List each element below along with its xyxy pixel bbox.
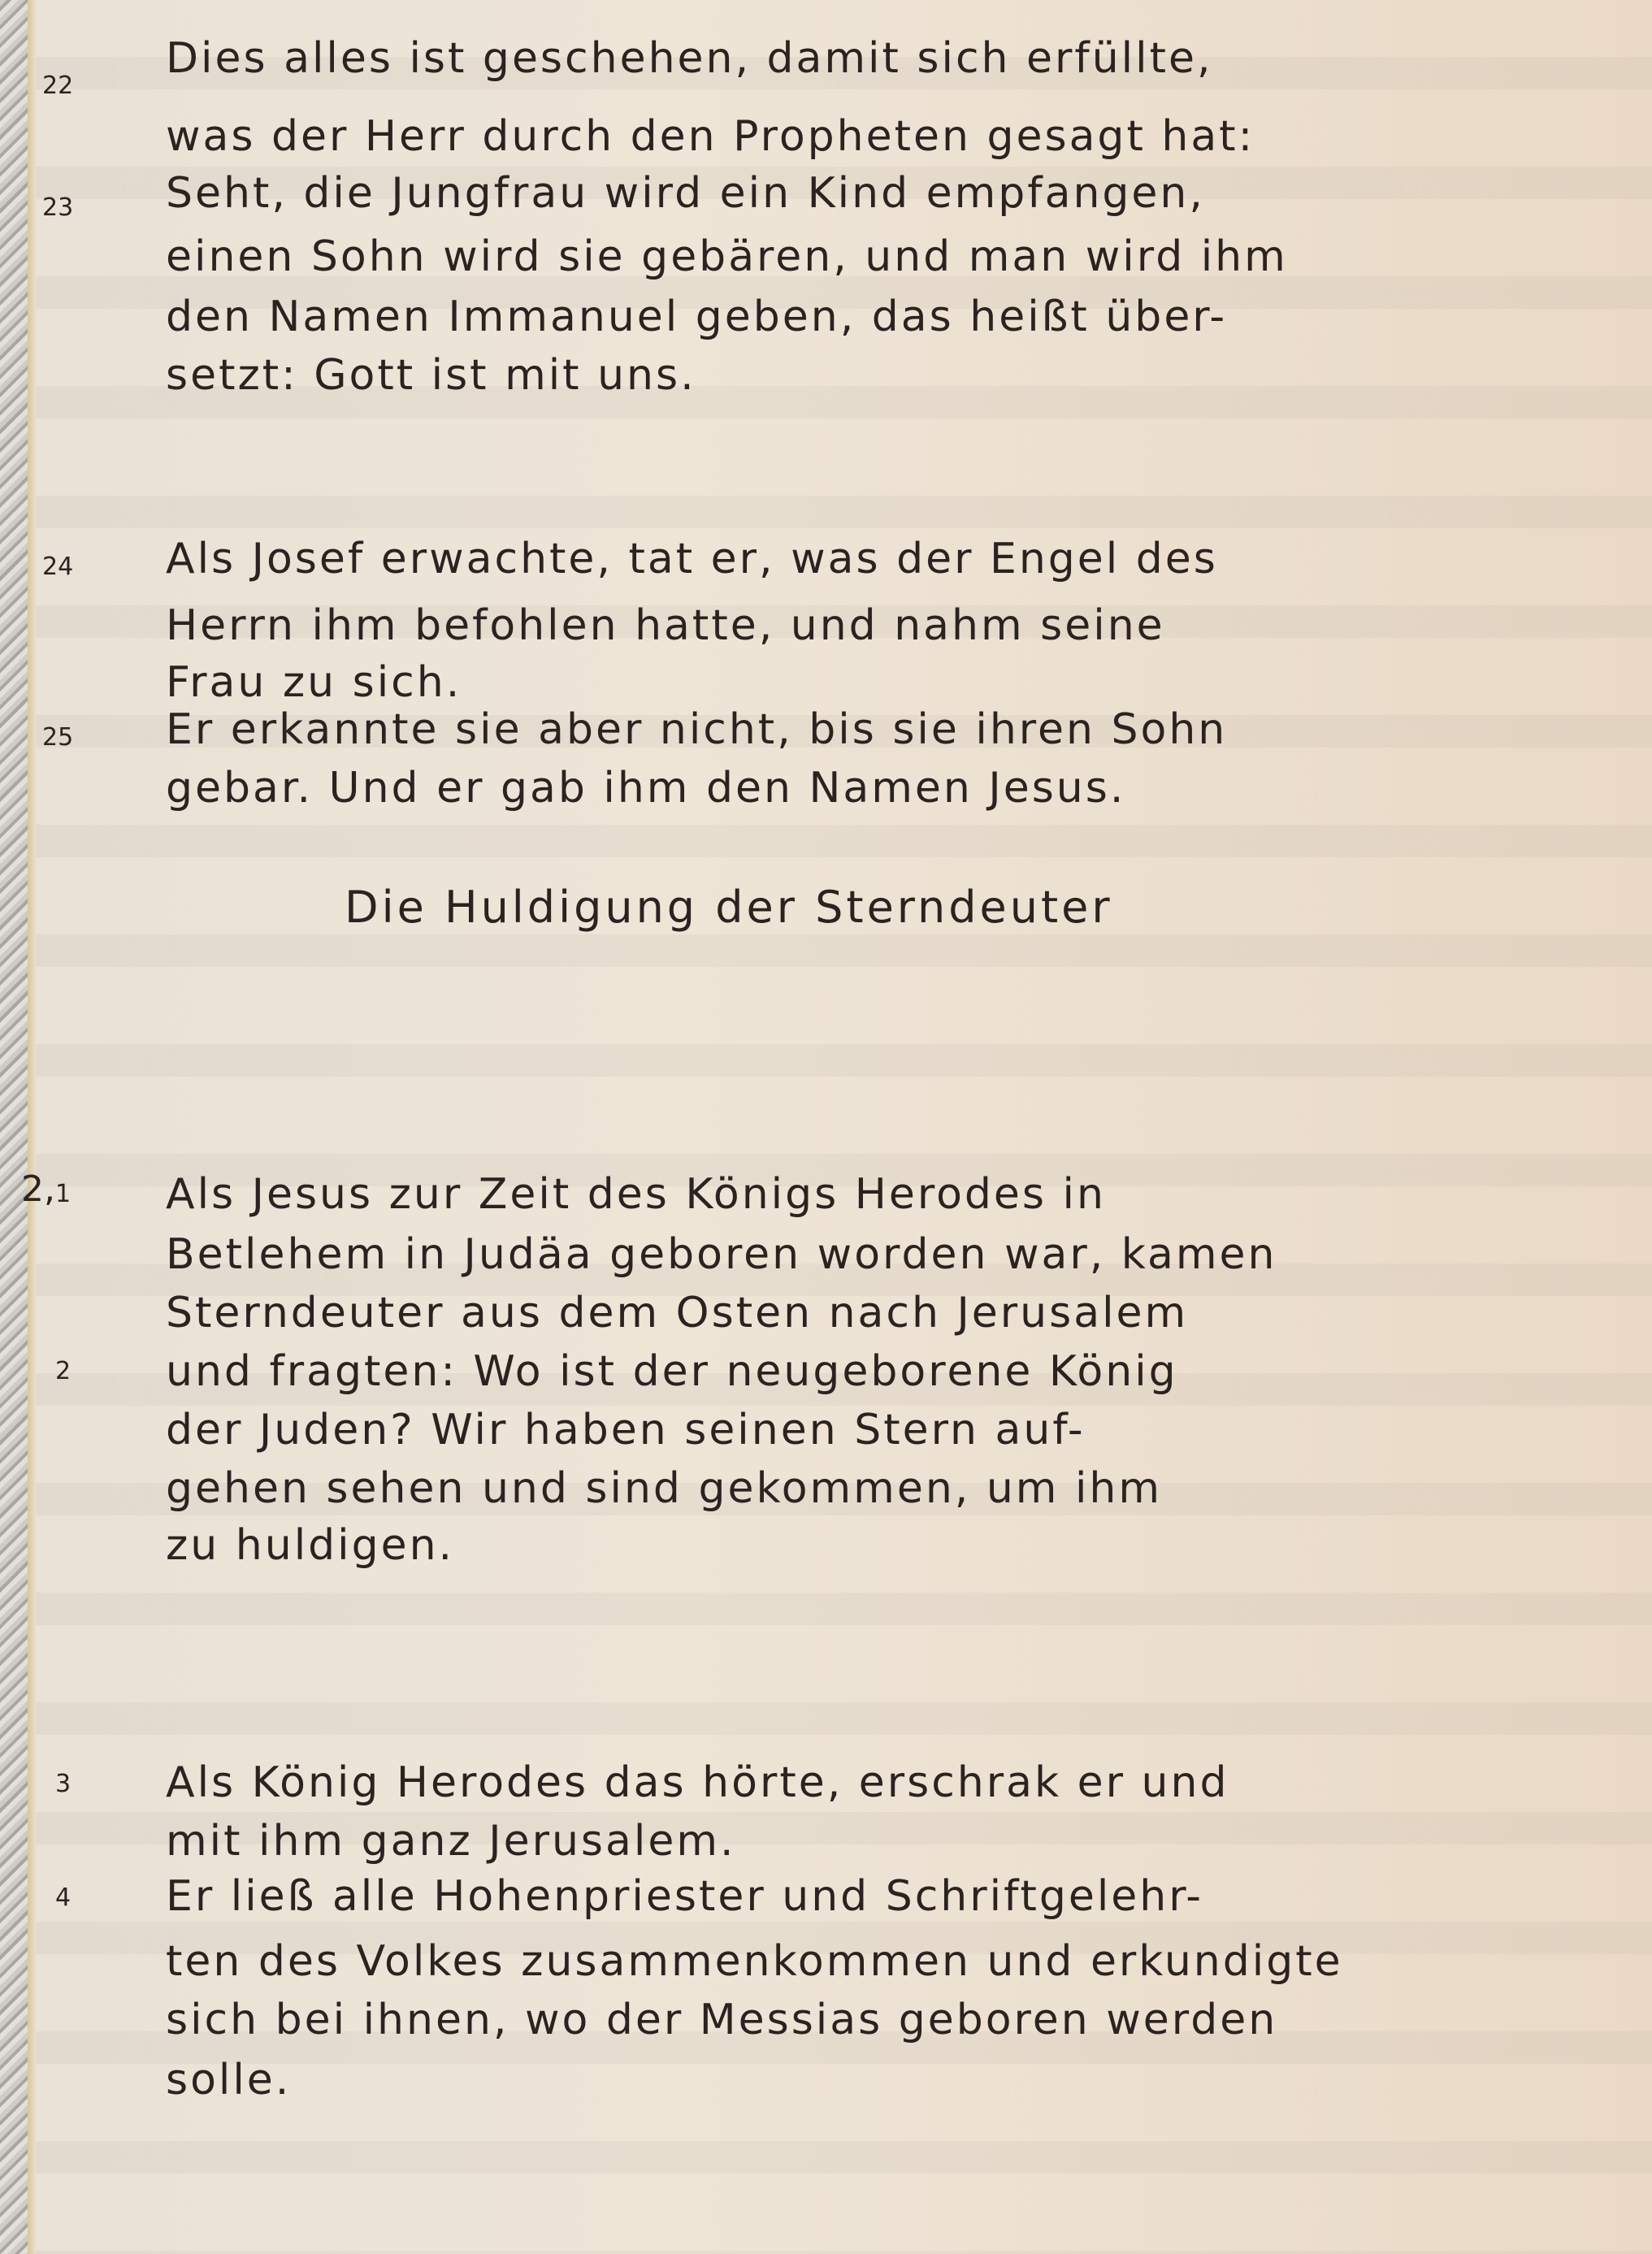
- page-edge: [28, 0, 36, 2254]
- text-line: Als König Herodes das hörte, erschrak er…: [166, 1758, 1229, 1807]
- verse-number: 24: [42, 553, 73, 581]
- text-line: Er erkannte sie aber nicht, bis sie ihre…: [166, 705, 1227, 754]
- notebook-page: 22 Dies alles ist geschehen, damit sich …: [36, 0, 1652, 2254]
- text-line: mit ihm ganz Jerusalem.: [166, 1817, 736, 1866]
- text-line: den Namen Immanuel geben, das heißt über…: [166, 293, 1227, 341]
- text-line: gehen sehen und sind gekommen, um ihm: [166, 1464, 1162, 1513]
- text-line: gebar. Und er gab ihm den Namen Jesus.: [166, 764, 1125, 813]
- text-line: Er ließ alle Hohenpriester und Schriftge…: [166, 1872, 1203, 1921]
- text-line: setzt: Gott ist mit uns.: [166, 351, 696, 400]
- verse-number: 2: [55, 1357, 71, 1385]
- text-line: solle.: [166, 2056, 291, 2104]
- text-line: und fragten: Wo ist der neugeborene Köni…: [166, 1347, 1178, 1396]
- verse-number: 25: [42, 723, 73, 752]
- verse-number: 1: [55, 1180, 71, 1208]
- text-line: ten des Volkes zusammenkommen und erkund…: [166, 1937, 1343, 1986]
- text-line: was der Herr durch den Propheten gesagt …: [166, 112, 1255, 161]
- text-line: Betlehem in Judäa geboren worden war, ka…: [166, 1230, 1277, 1279]
- text-line: Seht, die Jungfrau wird ein Kind empfang…: [166, 169, 1205, 218]
- text-line: Herrn ihm befohlen hatte, und nahm seine: [166, 601, 1165, 650]
- verse-number: 23: [42, 193, 73, 222]
- text-line: Als Jesus zur Zeit des Königs Herodes in: [166, 1170, 1106, 1219]
- text-line: sich bei ihnen, wo der Messias geboren w…: [166, 1996, 1277, 2044]
- verse-number: 4: [55, 1883, 71, 1912]
- text-line: Sterndeuter aus dem Osten nach Jerusalem: [166, 1289, 1188, 1337]
- section-heading: Die Huldigung der Sterndeuter: [345, 882, 1113, 933]
- verse-number: 3: [55, 1770, 71, 1798]
- text-line: Dies alles ist geschehen, damit sich erf…: [166, 34, 1212, 83]
- text-line: Als Josef erwachte, tat er, was der Enge…: [166, 535, 1218, 583]
- verse-number: 22: [42, 72, 73, 100]
- text-line: Frau zu sich.: [166, 658, 462, 707]
- chapter-number: 2,: [21, 1168, 55, 1210]
- text-line: zu huldigen.: [166, 1521, 454, 1570]
- text-line: einen Sohn wird sie gebären, und man wir…: [166, 232, 1288, 281]
- bookmark-ribbon: [0, 0, 29, 2254]
- text-line: der Juden? Wir haben seinen Stern auf-: [166, 1406, 1086, 1454]
